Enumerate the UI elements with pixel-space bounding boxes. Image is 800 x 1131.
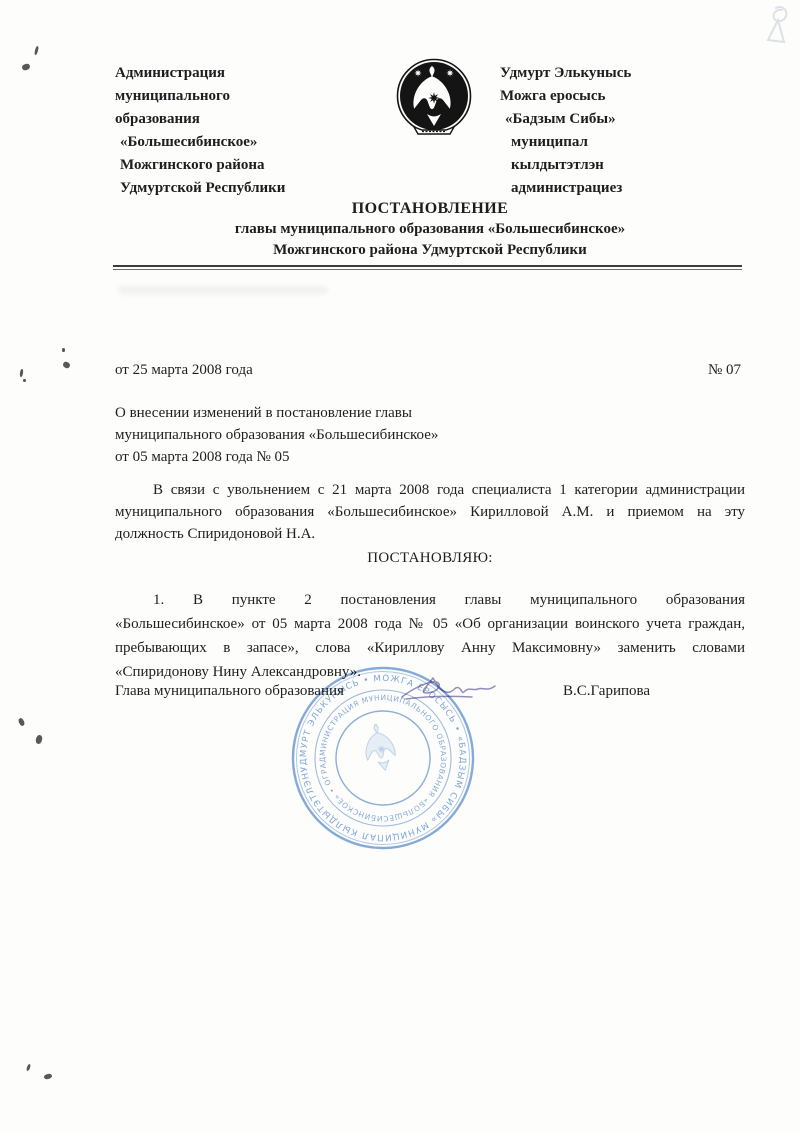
udmurt-coat-of-arms-icon [394,58,474,146]
scan-smudge [118,286,328,294]
subject-line: О внесении изменений в постановление гла… [115,402,585,424]
ink-speck [21,63,31,71]
ink-speck [62,361,71,370]
subject-line: от 05 марта 2008 года № 05 [115,446,585,468]
body-line: В связи с увольнением с 21 марта 2008 го… [115,479,745,501]
ink-speck [23,379,26,382]
org-line: «Бадзым Сибы» [500,108,730,131]
ink-speck [19,369,23,377]
body-line: 1. В пункте 2 постановления главы муници… [115,588,745,612]
signature-name: В.С.Гарипова [563,683,650,700]
meta-row: от 25 марта 2008 года № 07 [115,362,741,379]
title-line: главы муниципального образования «Больше… [115,219,745,240]
body-line: должность Спиридоновой Н.А. [115,523,745,545]
org-line: Удмурт Элькунысь [500,62,730,85]
stamp-coat-of-arms [361,722,398,773]
org-line: Удмуртской Республики [115,177,365,200]
ink-speck [34,46,39,55]
document-subject: О внесении изменений в постановление гла… [115,402,585,468]
resolve-heading: ПОСТАНОВЛЯЮ: [115,550,745,567]
org-line: образования [115,108,365,131]
ink-speck [62,348,65,352]
handwritten-signature [398,669,502,711]
org-name-russian: Администрация муниципального образования… [115,62,365,200]
body-paragraph: В связи с увольнением с 21 марта 2008 го… [115,479,745,545]
org-line: кылдытэтлэн [500,154,730,177]
org-line: Можга еросысь [500,85,730,108]
title-line: Можгинского района Удмуртской Республики [115,240,745,261]
org-name-udmurt: Удмурт Элькунысь Можга еросысь «Бадзым С… [500,62,730,200]
org-line: администрациез [500,177,730,200]
ink-speck [18,717,26,726]
document-title: ПОСТАНОВЛЕНИЕ главы муниципального образ… [115,198,745,261]
ink-speck [43,1073,52,1080]
header-divider-rule [113,265,742,270]
org-line: Можгинского района [115,154,365,177]
document-date: от 25 марта 2008 года [115,362,253,379]
pencil-scribble [738,2,798,62]
body-line: муниципального образования «Большесибинс… [115,501,745,523]
subject-line: муниципального образования «Большесибинс… [115,424,585,446]
ink-speck [35,734,43,744]
org-line: муниципал [500,131,730,154]
org-line: муниципального [115,85,365,108]
title-line: ПОСТАНОВЛЕНИЕ [115,198,745,219]
ink-speck [26,1064,31,1072]
body-line: «Большесибинское» от 05 марта 2008 года … [115,612,745,636]
org-line: «Большесибинское» [115,131,365,154]
document-number: № 07 [708,362,741,379]
scanned-decree-page: Администрация муниципального образования… [0,0,800,1131]
org-line: Администрация [115,62,365,85]
